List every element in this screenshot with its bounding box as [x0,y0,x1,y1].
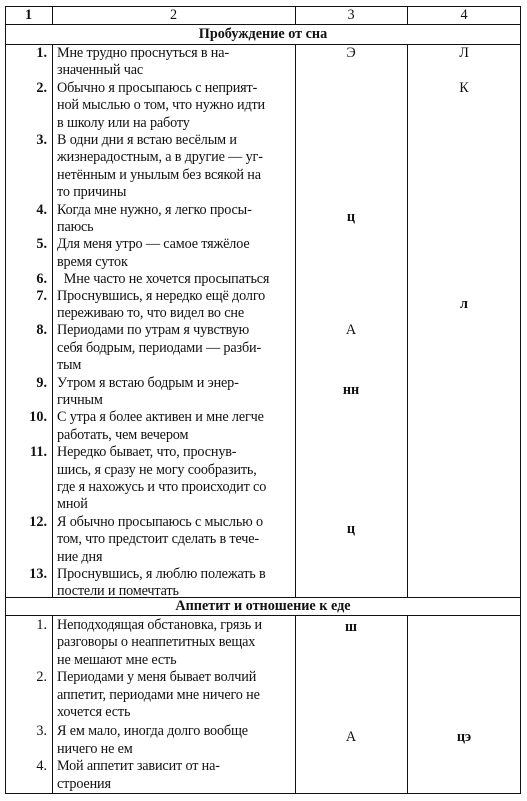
item-text-line: переживаю то, что видел во сне [57,305,244,322]
item-text-line: себя бодрым, периодами — разби- [57,340,261,357]
item-text-line: том, что предстоит сделать в тече- [57,531,259,548]
item-number: 4. [7,758,47,775]
item-number: 13. [7,566,47,583]
item-number: 3. [7,723,47,740]
col-divider [295,44,296,597]
item-number: 6. [7,271,47,288]
column-header-2: 2 [52,6,295,24]
item-number: 11. [7,444,47,461]
item-text-line: аппетит, периодами мне ничего не [57,687,260,704]
column-header-3: 3 [295,6,407,24]
item-text-line: где я нахожусь и что происходит со [57,479,266,496]
item-number: 8. [7,322,47,339]
questionnaire-page: 1 2 3 4 Пробуждение от сна Аппетит и отн… [0,0,527,801]
item-text-line: тым [57,357,81,374]
item-text-line: шись, я сразу не могу сообразить, [57,462,257,479]
item-text-line: постели и помечтать [57,583,179,600]
item-text-line: нетённым и унылым без всякой на [57,167,261,184]
item-text-line: время суток [57,254,128,271]
item-number: 12. [7,514,47,531]
item-scale-code: ш [295,619,407,636]
item-number: 2. [7,669,47,686]
item-text-line: Для меня утро — самое тяжёлое [57,236,250,253]
item-text-line: хочется есть [57,704,130,721]
item-text-line: то причины [57,184,126,201]
item-number: 1. [7,617,47,634]
item-text-line: Проснувшись, я люблю полежать в [57,566,266,583]
item-text-line: С утра я более активен и мне легче [57,409,264,426]
item-text-line: гичным [57,392,103,409]
item-scale-code: А [295,322,407,339]
item-text-line: Обычно я просыпаюсь с неприят- [57,80,257,97]
item-text-line: в школу или на работу [57,115,190,132]
item-text-line: Периодами у меня бывает волчий [57,669,256,686]
item-text-line: строения [57,776,111,793]
item-number: 3. [7,132,47,149]
item-text-line: Я ем мало, иногда долго вообще [57,723,248,740]
item-text-line: Я обычно просыпаюсь с мыслью о [57,514,263,531]
item-number: 4. [7,202,47,219]
item-text-line: ничего не ем [57,741,133,758]
item-text-line: Мне трудно проснуться в на- [57,45,229,62]
column-header-1: 1 [5,6,52,24]
col-divider [295,615,296,794]
item-text-line: разговоры о неаппетитных вещах [57,634,255,651]
column-header-4: 4 [407,6,521,24]
item-text-line: Неподходящая обстановка, грязь и [57,617,262,634]
section-title: Пробуждение от сна [5,25,521,44]
item-text-line: Мой аппетит зависит от на- [57,758,220,775]
item-number: 7. [7,288,47,305]
item-number: 9. [7,375,47,392]
item-text-line: паюсь [57,219,94,236]
item-text-line: Периодами по утрам я чувствую [57,322,249,339]
item-number: 1. [7,45,47,62]
item-text-line: Проснувшись, я нередко ещё долго [57,288,265,305]
item-text-line: значенный час [57,62,143,79]
item-text-line: Мне часто не хочется просыпаться [57,271,269,288]
col-divider [52,44,53,597]
item-scale-code: ц [295,521,407,538]
item-number: 2. [7,80,47,97]
col-divider [407,44,408,597]
item-text-line: не мешают мне есть [57,652,176,669]
item-text-line: ной мыслью о том, что нужно идти [57,97,265,114]
item-text-line: Когда мне нужно, я легко просы- [57,202,252,219]
item-type-code: К [407,80,521,97]
item-scale-code: ц [295,209,407,226]
item-text-line: работать, чем вечером [57,427,188,444]
col-divider [52,615,53,794]
col-divider [407,615,408,794]
item-text-line: Утром я встаю бодрым и энер- [57,375,239,392]
item-scale-code: Э [295,45,407,62]
item-number: 10. [7,409,47,426]
item-text-line: жизнерадостным, а в другие — уг- [57,149,263,166]
item-type-code: л [407,296,521,313]
item-text-line: Нередко бывает, что, проснув- [57,444,236,461]
item-number: 5. [7,236,47,253]
item-text-line: В одни дни я встаю весёлым и [57,132,237,149]
item-scale-code: А [295,729,407,746]
item-scale-code: нн [295,382,407,399]
item-text-line: ние дня [57,549,102,566]
item-type-code: цэ [407,729,521,746]
item-text-line: мной [57,496,88,513]
item-type-code: Л [407,45,521,62]
